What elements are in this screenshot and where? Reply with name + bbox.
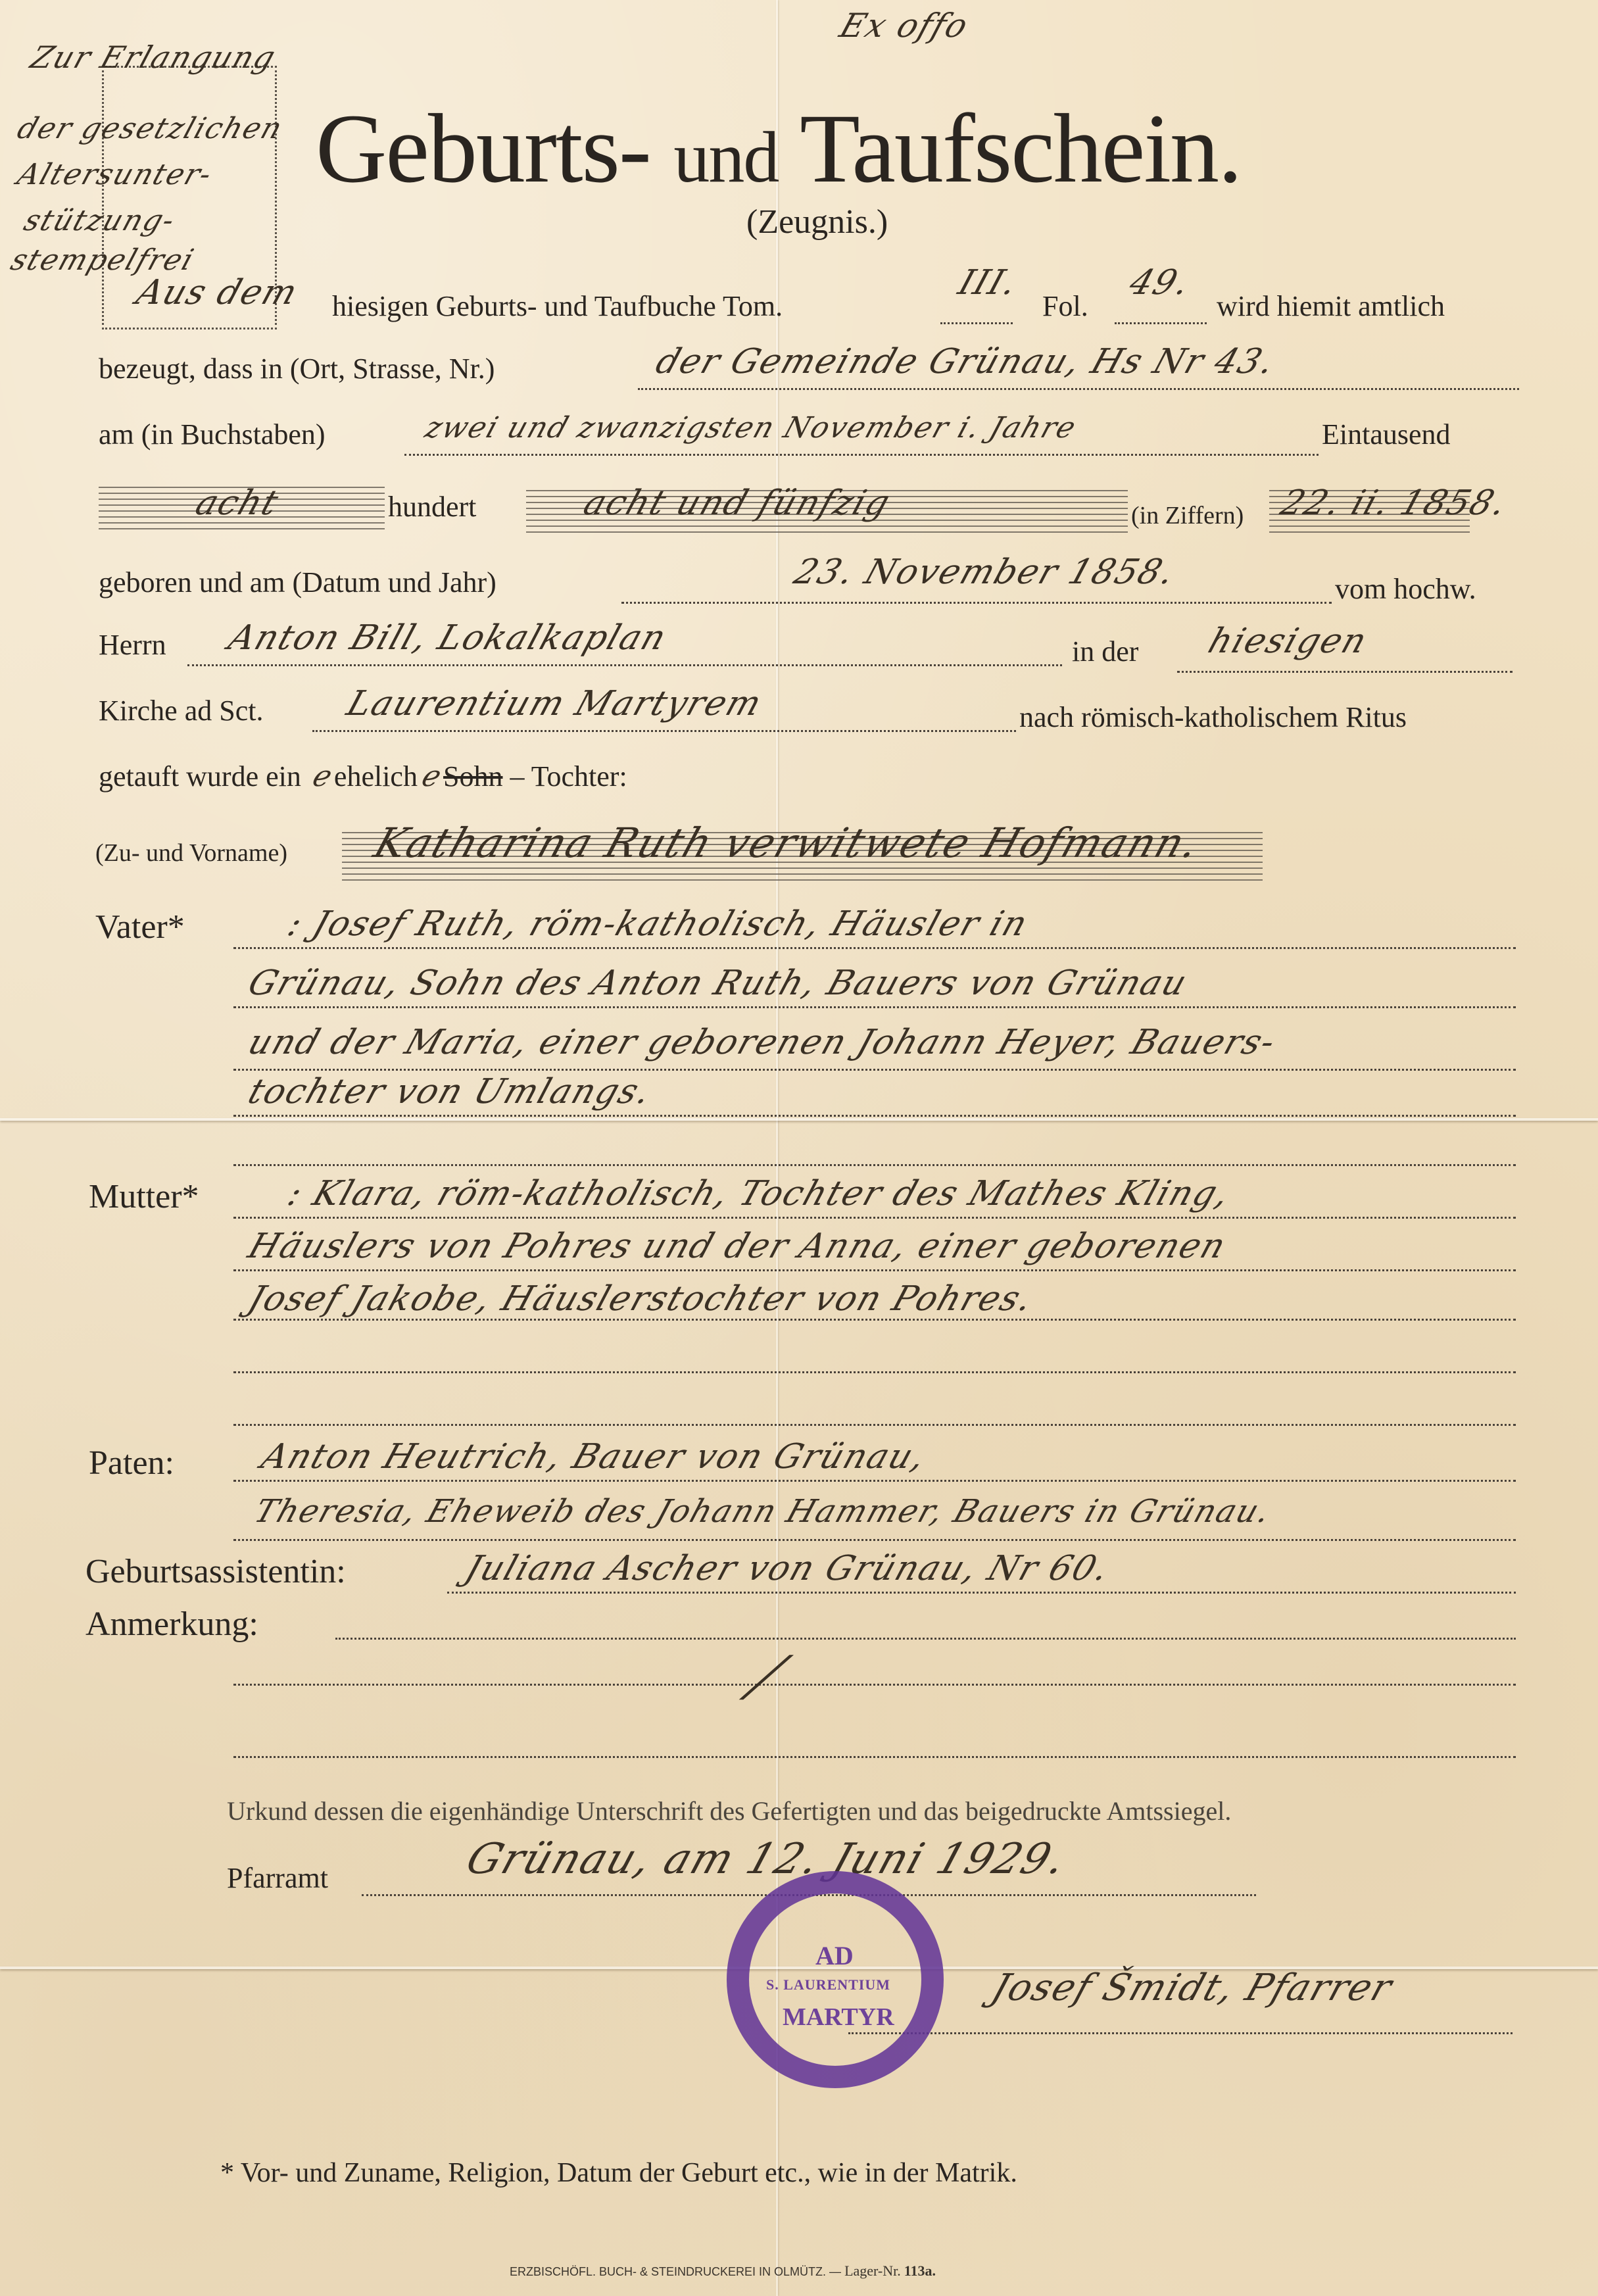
paten-label: Paten: — [89, 1444, 174, 1482]
in-der-label: in der — [1072, 635, 1138, 668]
vater-line: und der Maria, einer geborenen Johann He… — [243, 1023, 1281, 1062]
kirche-value: Laurentium Martyrem — [342, 684, 767, 723]
vater-line: tochter von Umlangs. — [243, 1072, 657, 1111]
pfarramt-value: Grünau, am 12. Juni 1929. — [460, 1835, 1073, 1884]
tochter-label: – Tochter: — [510, 760, 627, 793]
baptism-date-value: 23. November 1858. — [789, 552, 1180, 592]
title-part: Taufschein. — [800, 94, 1241, 203]
margin-note-line: der gesetzlichen — [13, 112, 287, 145]
title-part: und — [673, 117, 778, 197]
anmerkung-label: Anmerkung: — [85, 1605, 258, 1644]
place-label: bezeugt, dass in (Ort, Strasse, Nr.) — [99, 352, 495, 385]
hundert-label: hundert — [388, 490, 476, 524]
seal-text: S. LAURENTIUM — [766, 1976, 890, 1993]
hundreds-value: acht — [191, 483, 284, 523]
lager-label: Lager-Nr. — [844, 2262, 901, 2279]
seal-text: MARTYR — [783, 2003, 894, 2032]
margin-note-line: stempelfrei — [7, 243, 199, 277]
urkund-text: Urkund dessen die eigenhändige Unterschr… — [227, 1795, 1231, 1826]
baptism-date-label: geboren und am (Datum und Jahr) — [99, 566, 496, 599]
ehelich-label: ehelich — [334, 760, 418, 793]
place-value: der Gemeinde Grünau, Hs Nr 43. — [651, 342, 1280, 381]
date-words-value: zwei und zwanzigsten November i. Jahre — [421, 411, 1081, 445]
handwritten-ending: e — [418, 760, 447, 793]
title-part: Geburts- — [316, 94, 650, 203]
intro-text: hiesigen Geburts- und Taufbuche Tom. — [332, 289, 783, 323]
vater-label: Vater* — [95, 908, 185, 946]
document-subtitle: (Zeugnis.) — [746, 203, 888, 241]
top-note: Ex offo — [835, 7, 974, 45]
name-label: (Zu- und Vorname) — [95, 839, 287, 867]
mutter-line: Häuslers von Pohres und der Anna, einer … — [243, 1227, 1232, 1266]
fol-label: Fol. — [1042, 289, 1088, 323]
getauft-label: getauft wurde ein — [99, 760, 301, 793]
paten-line: Anton Heutrich, Bauer von Grünau, — [256, 1437, 931, 1477]
margin-note-line: Zur Erlangung — [26, 39, 281, 75]
tom-value: III. — [954, 263, 1023, 303]
fol-value: 49. — [1125, 263, 1196, 303]
handwritten-ending: e — [308, 760, 338, 793]
date-words-label: am (in Buchstaben) — [99, 418, 326, 451]
herrn-label: Herrn — [99, 628, 166, 662]
assistentin-label: Geburtsassistentin: — [85, 1552, 346, 1591]
pfarramt-label: Pfarramt — [227, 1861, 328, 1895]
name-value: Katharina Ruth verwitwete Hofmann. — [368, 819, 1206, 867]
kirche-label: Kirche ad Sct. — [99, 694, 263, 727]
eintausend-label: Eintausend — [1322, 418, 1451, 451]
ritus-label: nach römisch-katholischem Ritus — [1019, 700, 1407, 734]
vater-line: Grünau, Sohn des Anton Ruth, Bauers von … — [243, 964, 1193, 1003]
in-der-value: hiesigen — [1203, 622, 1372, 661]
paten-line: Theresia, Eheweib des Johann Hammer, Bau… — [250, 1493, 1276, 1530]
ziffern-label: (in Ziffern) — [1131, 501, 1244, 530]
lager-number: 113a. — [904, 2262, 936, 2279]
margin-note-line: stützung- — [20, 204, 180, 237]
horizontal-fold — [0, 1118, 1598, 1121]
intro-handwritten-prefix: Aus dem — [132, 273, 303, 312]
document-title: Geburts- und Taufschein. — [316, 92, 1242, 205]
mutter-label: Mutter* — [89, 1177, 199, 1216]
mutter-line: : Klara, röm-katholisch, Tochter des Mat… — [283, 1174, 1236, 1213]
printer-name: ERZBISCHÖFL. BUCH- & STEINDRUCKEREI IN O… — [510, 2265, 841, 2278]
margin-note-line: Altersunter- — [13, 158, 217, 191]
intro-text-end: wird hiemit amtlich — [1217, 289, 1445, 323]
vom-hochw-label: vom hochw. — [1335, 572, 1476, 606]
signature: Josef Šmidt, Pfarrer — [986, 1966, 1398, 2009]
assistentin-value: Juliana Ascher von Grünau, Nr 60. — [460, 1549, 1115, 1588]
ziffern-value: 22. ii. 1858. — [1276, 483, 1513, 523]
getauft-sentence: getauft wurde ein e eheliche Sohn – Toch… — [99, 760, 627, 793]
anmerkung-dash-mark: ⁄ — [750, 1644, 783, 1713]
vater-line: : Josef Ruth, röm-katholisch, Häusler in — [283, 904, 1033, 944]
seal-text: AD — [815, 1940, 854, 1971]
footnote: * Vor- und Zuname, Religion, Datum der G… — [220, 2157, 1017, 2189]
herrn-value: Anton Bill, Lokalkaplan — [224, 618, 672, 658]
sohn-struck: Sohn — [443, 760, 502, 793]
printer-imprint: ERZBISCHÖFL. BUCH- & STEINDRUCKEREI IN O… — [510, 2262, 936, 2280]
tens-value: acht und fünfzig — [579, 483, 896, 523]
mutter-line: Josef Jakobe, Häuslerstochter von Pohres… — [243, 1279, 1038, 1319]
